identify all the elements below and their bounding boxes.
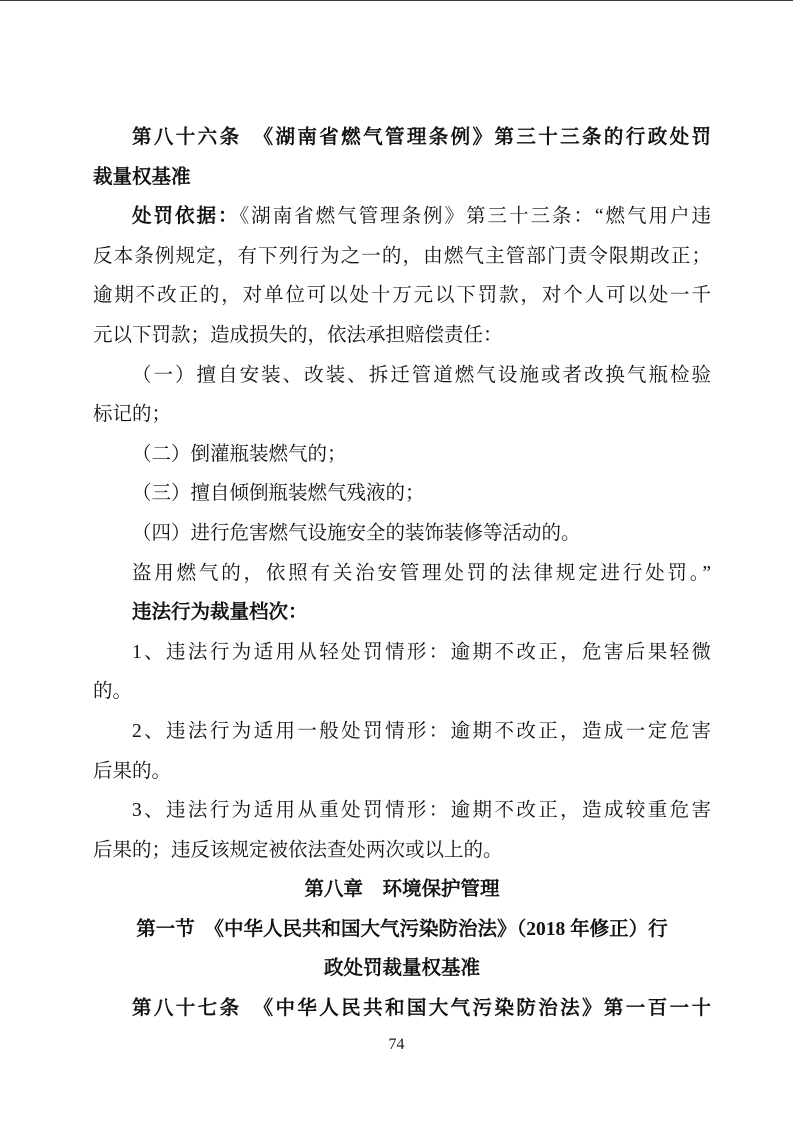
text-line: 第一节 《中华人民共和国大气污染防治法》（2018 年修正）行 — [93, 910, 711, 950]
page-content: 第八十六条 《湖南省燃气管理条例》第三十三条的行政处罚裁量权基准处罚依据：《湖南… — [93, 118, 711, 1029]
text-line: 盗用燃气的，依照有关治安管理处罚的法律规定进行处罚。” — [93, 554, 711, 594]
text-run: 标记的； — [93, 404, 171, 425]
text-run: 1、违法行为适用从轻处罚情形：逾期不改正，危害后果轻微 — [132, 642, 711, 663]
text-run: 2、违法行为适用一般处罚情形：逾期不改正，造成一定危害 — [132, 721, 711, 742]
text-run: 后果的。 — [93, 761, 171, 782]
text-line: （四）进行危害燃气设施安全的装饰装修等活动的。 — [93, 514, 711, 554]
text-run: 盗用燃气的，依照有关治安管理处罚的法律规定进行处罚。” — [132, 563, 711, 584]
text-run: （二）倒灌瓶装燃气的； — [132, 444, 347, 465]
text-run: 第一节 《中华人民共和国大气污染防治法》（2018 年修正）行 — [136, 919, 667, 940]
text-line: 的。 — [93, 672, 711, 712]
item-4: （四）进行危害燃气设施安全的装饰装修等活动的。 — [93, 514, 711, 554]
text-run: 《湖南省燃气管理条例》第三十三条：“燃气用户违 — [239, 206, 711, 227]
text-line: （二）倒灌瓶装燃气的； — [93, 435, 711, 475]
text-line: 3、违法行为适用从重处罚情形：逾期不改正，造成较重危害 — [93, 791, 711, 831]
text-line: 后果的。 — [93, 752, 711, 792]
chapter-8-heading: 第八章 环境保护管理 — [93, 870, 711, 910]
text-line: 1、违法行为适用从轻处罚情形：逾期不改正，危害后果轻微 — [93, 633, 711, 673]
text-line: 反本条例规定，有下列行为之一的，由燃气主管部门责令限期改正； — [93, 237, 711, 277]
text-run: 3、违法行为适用从重处罚情形：逾期不改正，造成较重危害 — [132, 800, 711, 821]
item-1: （一）擅自安装、改装、拆迁管道燃气设施或者改换气瓶检验标记的； — [93, 356, 711, 435]
text-line: 政处罚裁量权基准 — [93, 949, 711, 989]
text-run: 逾期不改正的，对单位可以处十万元以下罚款，对个人可以处一千 — [93, 285, 711, 306]
text-run: （三）擅自倾倒瓶装燃气残液的； — [132, 483, 425, 504]
text-line: （三）擅自倾倒瓶装燃气残液的； — [93, 474, 711, 514]
text-run: 第八十六条 《湖南省燃气管理条例》第三十三条的行政处罚 — [132, 127, 711, 148]
level-1-light: 1、违法行为适用从轻处罚情形：逾期不改正，危害后果轻微的。 — [93, 633, 711, 712]
text-run: 反本条例规定，有下列行为之一的，由燃气主管部门责令限期改正； — [93, 246, 711, 267]
text-run: 违法行为裁量档次： — [132, 602, 308, 623]
text-line: 第八章 环境保护管理 — [93, 870, 711, 910]
text-line: 2、违法行为适用一般处罚情形：逾期不改正，造成一定危害 — [93, 712, 711, 752]
text-run: 第八十七条 《中华人民共和国大气污染防治法》第一百一十 — [132, 998, 711, 1019]
article-86-heading: 第八十六条 《湖南省燃气管理条例》第三十三条的行政处罚裁量权基准 — [93, 118, 711, 197]
level-3-heavy: 3、违法行为适用从重处罚情形：逾期不改正，造成较重危害后果的；违反该规定被依法查… — [93, 791, 711, 870]
gas-theft-note: 盗用燃气的，依照有关治安管理处罚的法律规定进行处罚。” — [93, 554, 711, 594]
text-run: 第八章 环境保护管理 — [304, 879, 499, 900]
text-run: 政处罚裁量权基准 — [324, 958, 480, 979]
penalty-basis-paragraph: 处罚依据：《湖南省燃气管理条例》第三十三条：“燃气用户违反本条例规定，有下列行为… — [93, 197, 711, 355]
item-3: （三）擅自倾倒瓶装燃气残液的； — [93, 474, 711, 514]
text-run: （四）进行危害燃气设施安全的装饰装修等活动的。 — [132, 523, 581, 544]
text-run: 裁量权基准 — [93, 167, 191, 188]
text-line: 第八十七条 《中华人民共和国大气污染防治法》第一百一十 — [93, 989, 711, 1029]
text-line: 第八十六条 《湖南省燃气管理条例》第三十三条的行政处罚 — [93, 118, 711, 158]
text-line: （一）擅自安装、改装、拆迁管道燃气设施或者改换气瓶检验 — [93, 356, 711, 396]
scan-edge-line — [0, 0, 793, 1]
text-line: 逾期不改正的，对单位可以处十万元以下罚款，对个人可以处一千 — [93, 276, 711, 316]
text-run: （一）擅自安装、改装、拆迁管道燃气设施或者改换气瓶检验 — [132, 365, 711, 386]
text-line: 标记的； — [93, 395, 711, 435]
text-run: 处罚依据： — [132, 206, 239, 227]
item-2: （二）倒灌瓶装燃气的； — [93, 435, 711, 475]
text-line: 裁量权基准 — [93, 158, 711, 198]
text-line: 处罚依据：《湖南省燃气管理条例》第三十三条：“燃气用户违 — [93, 197, 711, 237]
discretion-levels-heading: 违法行为裁量档次： — [93, 593, 711, 633]
article-87-heading: 第八十七条 《中华人民共和国大气污染防治法》第一百一十 — [93, 989, 711, 1029]
page-footer: 74 — [0, 1035, 793, 1055]
text-line: 元以下罚款；造成损失的，依法承担赔偿责任： — [93, 316, 711, 356]
text-line: 后果的；违反该规定被依法查处两次或以上的。 — [93, 831, 711, 871]
text-run: 后果的；违反该规定被依法查处两次或以上的。 — [93, 840, 503, 861]
text-run: 元以下罚款；造成损失的，依法承担赔偿责任： — [93, 325, 503, 346]
level-2-general: 2、违法行为适用一般处罚情形：逾期不改正，造成一定危害后果的。 — [93, 712, 711, 791]
text-run: 的。 — [93, 681, 132, 702]
page-number: 74 — [389, 1036, 405, 1053]
text-line: 违法行为裁量档次： — [93, 593, 711, 633]
section-1-heading: 第一节 《中华人民共和国大气污染防治法》（2018 年修正）行政处罚裁量权基准 — [93, 910, 711, 989]
